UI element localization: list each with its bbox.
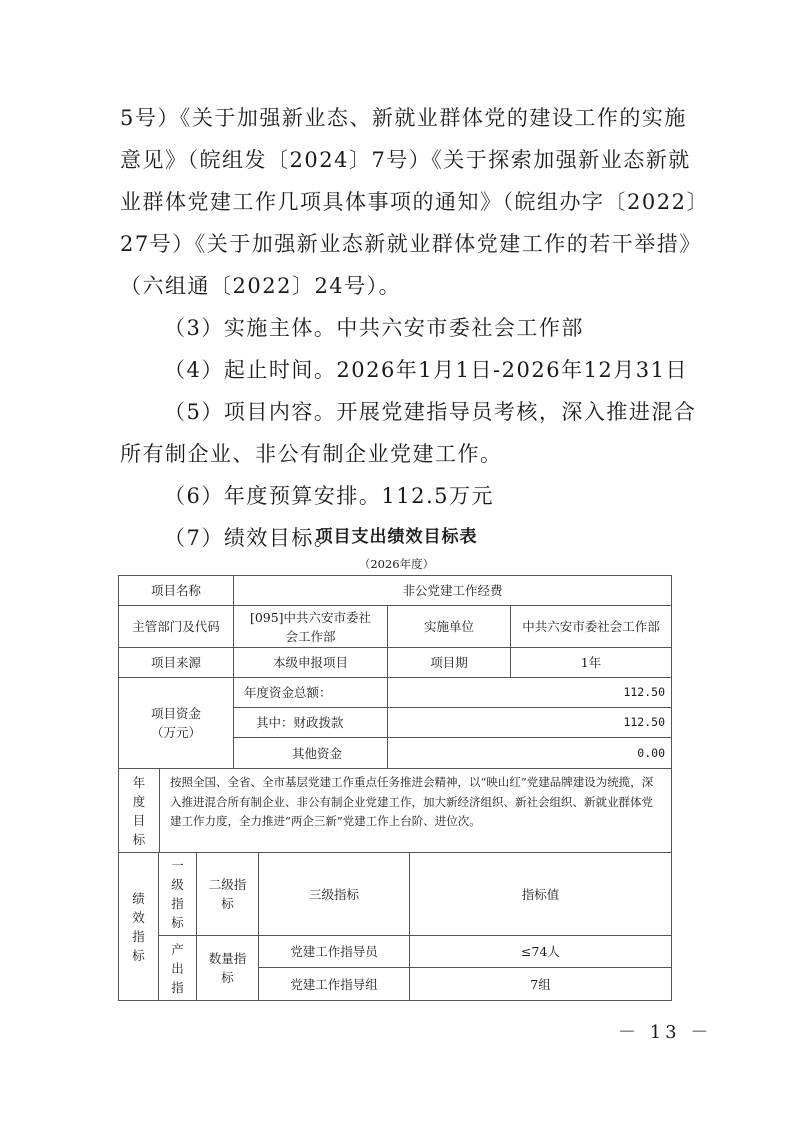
header-level2: 二级指标: [196, 852, 259, 936]
body-paragraph-line: （3）实施主体。中共六安市委社会工作部: [164, 308, 720, 348]
impl-unit-value: 中共六安市委社会工作部: [510, 605, 672, 648]
period-label: 项目期: [387, 647, 511, 678]
funds-other-value: 0.00: [387, 737, 672, 769]
funds-label-line1: 项目资金: [151, 704, 201, 723]
source-label: 项目来源: [118, 647, 234, 678]
level3-cell: 党建工作指导员: [258, 935, 410, 968]
level1-output-char: 指: [171, 978, 184, 997]
table-subtitle: （2026年度）: [0, 556, 793, 572]
level1-char: 级: [171, 875, 184, 894]
body-paragraph-line: 业群体党建工作几项具体事项的通知》（皖组办字〔2022〕: [120, 182, 676, 222]
annual-goal-label: 年 度 目 标: [118, 768, 160, 853]
level1-output-char: 出: [171, 959, 184, 978]
funds-total-label: 年度资金总额：: [233, 677, 388, 708]
header-value: 指标值: [409, 852, 672, 936]
annual-goal-char: 度: [133, 792, 146, 811]
dept-label: 主管部门及代码: [118, 605, 234, 648]
level3-cell: 党建工作指导组: [258, 967, 410, 1001]
perf-label-char: 标: [132, 946, 145, 965]
body-paragraph-line: 5号）《关于加强新业态、新就业群体党的建设工作的实施: [120, 98, 676, 138]
funds-total-value: 112.50: [387, 677, 672, 708]
body-paragraph-line: （6）年度预算安排。112.5万元: [164, 476, 720, 516]
indicator-value-cell: ≤74人: [409, 935, 672, 968]
perf-label-char: 绩: [132, 889, 145, 908]
dept-value: [095]中共六安市委社会工作部: [233, 605, 388, 648]
annual-goal-char: 标: [133, 830, 146, 849]
annual-goal-char: 年: [133, 773, 146, 792]
body-paragraph-line: 意见》（皖组发〔2024〕7号）《关于探索加强新业态新就: [120, 140, 676, 180]
funds-label: 项目资金 （万元）: [118, 677, 234, 769]
source-value: 本级申报项目: [233, 647, 388, 678]
header-level3: 三级指标: [258, 852, 410, 936]
funds-other-label: 其他资金: [233, 737, 388, 769]
level1-char: 指: [171, 894, 184, 913]
annual-goal-text: 按照全国、全省、全市基层党建工作重点任务推进会精神，以“映山红”党建品牌建设为统…: [159, 768, 672, 853]
funds-fiscal-value: 112.50: [387, 707, 672, 738]
funds-fiscal-label: 其中：财政拨款: [233, 707, 388, 738]
body-paragraph-line: （4）起止时间。2026年1月1日-2026年12月31日: [164, 350, 720, 390]
level1-output-char: 产: [171, 940, 184, 959]
annual-goal-char: 目: [133, 811, 146, 830]
project-name-label: 项目名称: [118, 575, 234, 606]
body-paragraph-line: 27号）《关于加强新业态新就业群体党建工作的若干举措》: [120, 224, 676, 264]
level1-char: 标: [171, 913, 184, 932]
period-value: 1年: [510, 647, 672, 678]
level1-char: 一: [171, 856, 184, 875]
header-level1: 一 级 指 标: [158, 852, 197, 936]
level1-output: 产 出 指: [158, 935, 197, 1001]
body-paragraph-line: （5）项目内容。开展党建指导员考核，深入推进混合: [164, 392, 720, 432]
body-paragraph-line: 所有制企业、非公有制企业党建工作。: [120, 434, 676, 474]
table-title: 项目支出绩效目标表: [0, 522, 793, 547]
impl-unit-label: 实施单位: [387, 605, 511, 648]
indicator-value-cell: 7组: [409, 967, 672, 1001]
funds-label-line2: （万元）: [151, 723, 201, 742]
perf-label-char: 指: [132, 927, 145, 946]
perf-indicator-label: 绩 效 指 标: [118, 852, 159, 1001]
level2-quantity: 数量指标: [196, 935, 259, 1001]
body-paragraph-line: （六组通〔2022〕24号）。: [120, 266, 676, 306]
project-name-value: 非公党建工作经费: [233, 575, 672, 606]
page-number: － 13 －: [618, 1018, 712, 1044]
perf-label-char: 效: [132, 908, 145, 927]
